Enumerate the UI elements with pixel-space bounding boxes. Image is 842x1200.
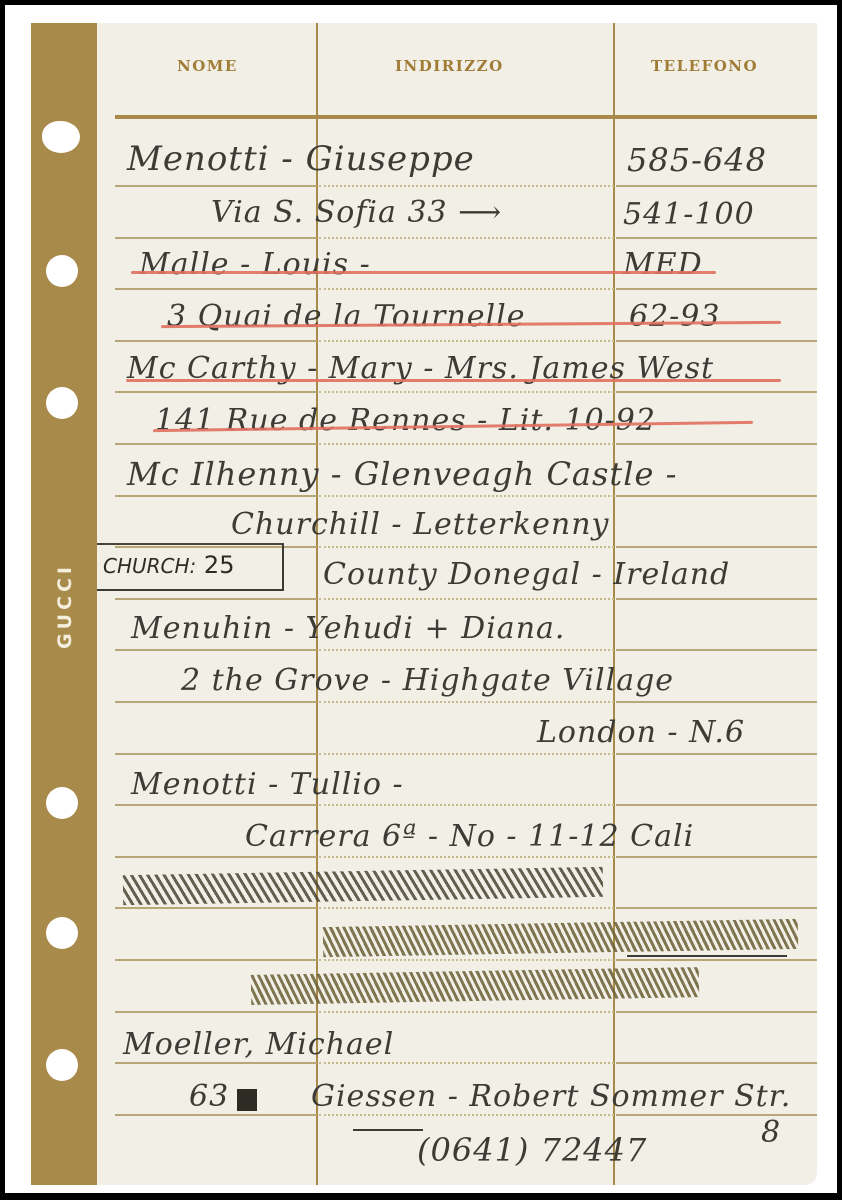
ruled-line: [319, 340, 614, 342]
ruled-line: [616, 959, 817, 961]
entry-phone: 541-100: [623, 197, 755, 232]
church-note-value: 25: [204, 551, 235, 579]
entry-address: Churchill - Letterkenny: [231, 507, 609, 542]
punch-hole-icon: [46, 387, 78, 419]
ruled-line: [115, 856, 317, 858]
entry-address: Carrera 6ª - No - 11-12 Cali: [245, 819, 694, 854]
entry-address-struck: 3 Quai de la Tournelle: [167, 299, 526, 334]
ruled-line: [115, 701, 317, 703]
image-frame: GUCCI NOME INDIRIZZO TELEFONO Menotti - …: [5, 5, 837, 1193]
ruled-line: [115, 495, 317, 497]
ruled-line: [115, 753, 317, 755]
ruled-line: [319, 804, 614, 806]
binding-strip: GUCCI: [31, 23, 97, 1185]
ruled-line: [616, 495, 817, 497]
ruled-line: [115, 804, 317, 806]
ruled-line: [319, 288, 614, 290]
ruled-line: [616, 1114, 817, 1116]
ruled-line: [616, 804, 817, 806]
ruled-line: [115, 340, 317, 342]
strikethrough: [131, 271, 716, 274]
scribbled-out-entry: [123, 867, 603, 905]
entry-address: County Donegal - Ireland: [323, 557, 730, 592]
ruled-line: [319, 495, 614, 497]
ruled-line: [319, 185, 614, 187]
brand-logo: GUCCI: [54, 556, 76, 656]
entry-phone-struck: 62-93: [629, 299, 720, 334]
ruled-line: [319, 443, 614, 445]
ruled-line: [319, 237, 614, 239]
entry-address: 2 the Grove - Highgate Village: [181, 663, 674, 698]
church-note-label: CHURCH:: [103, 554, 196, 578]
ruled-line: [319, 1114, 614, 1116]
ruled-line: [115, 443, 317, 445]
ruled-line: [616, 753, 817, 755]
column-header-telefono: TELEFONO: [651, 57, 758, 75]
scribbled-out-entry: [323, 919, 798, 957]
ruled-line: [616, 701, 817, 703]
church-note-box: CHURCH: 25: [97, 543, 284, 591]
strikethrough: [126, 379, 781, 382]
entry-address-number: 8: [761, 1115, 781, 1150]
ruled-line: [115, 598, 317, 600]
underline-mark: [353, 1129, 423, 1131]
ruled-line: [319, 546, 614, 548]
entry-address-number: 63: [189, 1079, 229, 1114]
entry-address: London - N.6: [537, 715, 745, 750]
header-rule: [115, 115, 817, 119]
ruled-line: [115, 1114, 317, 1116]
entry-phone: (0641) 72447: [417, 1131, 647, 1169]
scribbled-out-entry: [251, 967, 699, 1005]
ruled-line: [115, 391, 317, 393]
entry-name: Menotti - Tullio -: [131, 767, 404, 802]
ruled-line: [115, 237, 317, 239]
ruled-line: [319, 753, 614, 755]
ruled-line: [319, 856, 614, 858]
ruled-line: [616, 340, 817, 342]
entry-name-struck: Malle - Louis -: [139, 247, 371, 282]
ruled-line: [115, 1011, 317, 1013]
punch-hole-icon: [46, 917, 78, 949]
entry-address: Giessen - Robert Sommer Str.: [311, 1079, 791, 1114]
entry-phone: 585-648: [627, 141, 767, 179]
column-header-nome: NOME: [177, 57, 238, 75]
ruled-line: [616, 649, 817, 651]
punch-hole-icon: [46, 1049, 78, 1081]
ruled-line: [319, 959, 614, 961]
punch-hole-icon: [42, 121, 80, 153]
ruled-line: [616, 391, 817, 393]
entry-address: Via S. Sofia 33 ⟶: [211, 195, 502, 230]
ruled-line: [616, 185, 817, 187]
ruled-line: [616, 856, 817, 858]
ruled-line: [319, 649, 614, 651]
ruled-line: [319, 391, 614, 393]
ruled-line: [115, 1062, 317, 1064]
column-header-indirizzo: INDIRIZZO: [395, 57, 504, 75]
entry-name: Menuhin - Yehudi + Diana.: [131, 611, 565, 646]
ruled-line: [616, 598, 817, 600]
ruled-line: [616, 546, 817, 548]
ruled-line: [115, 288, 317, 290]
ruled-line: [115, 185, 317, 187]
scribble-mark: [237, 1089, 257, 1111]
ruled-line: [319, 598, 614, 600]
ruled-line: [319, 1011, 614, 1013]
ruled-line: [616, 1062, 817, 1064]
entry-name: Mc Ilhenny - Glenveagh Castle -: [127, 455, 677, 493]
ruled-line: [115, 649, 317, 651]
entry-address-struck: 141 Rue de Rennes - Lit. 10-92: [155, 403, 656, 438]
ruled-line: [115, 959, 317, 961]
ruled-line: [616, 288, 817, 290]
punch-hole-icon: [46, 255, 78, 287]
entry-phone: MED: [623, 247, 703, 282]
address-book-page: GUCCI NOME INDIRIZZO TELEFONO Menotti - …: [31, 23, 817, 1185]
underline-mark: [627, 955, 787, 957]
ruled-line: [115, 907, 317, 909]
ruled-line: [319, 1062, 614, 1064]
ruled-line: [616, 443, 817, 445]
ruled-line: [319, 907, 614, 909]
punch-hole-icon: [46, 787, 78, 819]
ruled-line: [616, 237, 817, 239]
entry-name: Menotti - Giuseppe: [127, 139, 475, 179]
entry-name: Moeller, Michael: [123, 1027, 394, 1062]
ruled-line: [616, 907, 817, 909]
ruled-line: [616, 1011, 817, 1013]
ruled-line: [319, 701, 614, 703]
